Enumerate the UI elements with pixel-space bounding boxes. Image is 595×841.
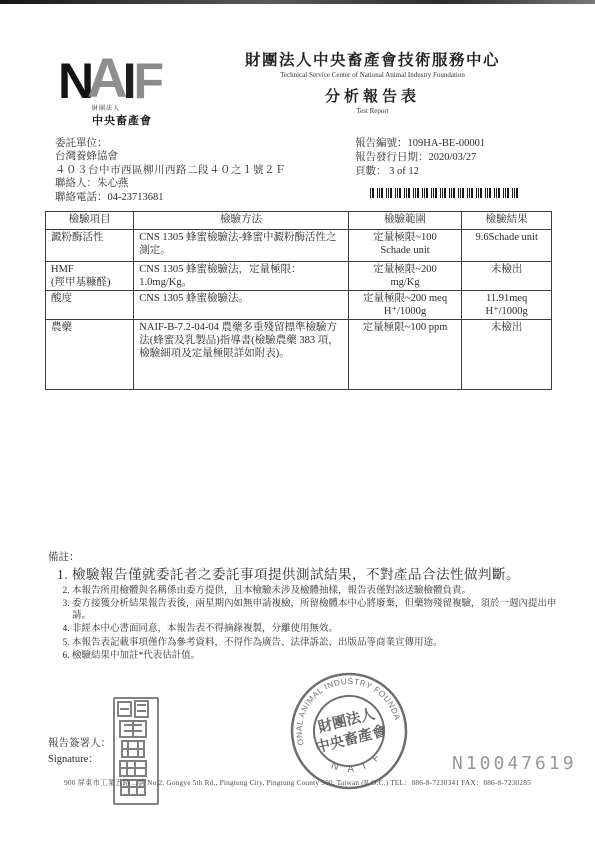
remark-item: 檢驗報告僅就委託者之委託事項提供測試結果，不對產品合法性做判斷。 xyxy=(72,566,558,583)
client-address: ４０３台中市西區柳川西路二段４０之１號２Ｆ xyxy=(55,164,286,177)
remark-item: 委方接獲分析結果報告表後，兩星期內如無申請複檢，所留檢體本中心將廢棄，但藥物殘留… xyxy=(72,599,558,623)
client-name: 台灣養蜂協會 xyxy=(55,150,286,163)
col-header-result: 檢驗結果 xyxy=(462,212,552,230)
cell-item: HMF (羥甲基糠醛) xyxy=(46,262,134,291)
cell-item: 酸度 xyxy=(46,291,134,320)
client-label: 委託單位： xyxy=(55,137,286,150)
svg-text:N A I F: N A I F xyxy=(327,748,387,781)
cell-method: CNS 1305 蜂蜜檢驗法。 xyxy=(134,291,348,320)
cell-item: 澱粉酶活性 xyxy=(46,230,134,262)
signer-labels: 報告簽署人： Signature： xyxy=(48,736,111,768)
report-number: 報告編號：109HA-BE-00001 xyxy=(355,137,485,151)
client-contact: 聯絡人：朱心燕 xyxy=(55,177,286,190)
cell-method: NAIF-B-7.2-04-04 農藥多重殘留標準檢驗方法(蜂蜜及乳製品)指導書… xyxy=(134,320,348,390)
cell-result: 11.91meq H⁺/1000g xyxy=(462,291,552,320)
col-header-method: 檢驗方法 xyxy=(134,212,348,230)
table-row: 酸度 CNS 1305 蜂蜜檢驗法。 定量極限~200 meq H⁺/1000g… xyxy=(46,291,552,320)
col-header-range: 檢驗範圍 xyxy=(348,212,462,230)
barcode xyxy=(370,188,520,198)
remark-item: 本報告所用檢體與名稱係由委方提供，且本檢驗未涉及檢體抽樣，報告表僅對該送驗檢體負… xyxy=(72,586,558,598)
table-header-row: 檢驗項目 檢驗方法 檢驗範圍 檢驗結果 xyxy=(46,212,552,230)
naif-logo: N A I F 財團法人 中央畜產會 xyxy=(58,56,168,128)
cell-item: 農藥 xyxy=(46,320,134,390)
naif-logo-letters: N A I F xyxy=(58,56,168,101)
cell-range: 定量極限~100 ppm xyxy=(348,320,462,390)
cell-result: 未檢出 xyxy=(462,262,552,291)
report-page: N A I F 財團法人 中央畜產會 財團法人中央畜產會技術服務中心 Techn… xyxy=(0,0,595,841)
col-header-item: 檢驗項目 xyxy=(46,212,134,230)
client-phone: 聯絡電話：04-23713681 xyxy=(55,191,286,204)
results-table: 檢驗項目 檢驗方法 檢驗範圍 檢驗結果 澱粉酶活性 CNS 1305 蜂蜜檢驗法… xyxy=(45,211,552,390)
client-info: 委託單位： 台灣養蜂協會 ４０３台中市西區柳川西路二段４０之１號２Ｆ 聯絡人：朱… xyxy=(55,137,286,204)
org-name-en: Technical Service Center of National Ani… xyxy=(185,71,560,79)
signer-label-en: Signature： xyxy=(48,752,111,768)
table-row: HMF (羥甲基糠醛) CNS 1305 蜂蜜檢驗法，定量極限：1.0mg/Kg… xyxy=(46,262,552,291)
signature-seal-stamp xyxy=(113,697,159,805)
report-pages: 頁數： 3 of 12 xyxy=(355,165,485,179)
remarks-section: 備註： 檢驗報告僅就委託者之委託事項提供測試結果，不對產品合法性做判斷。 本報告… xyxy=(48,549,558,664)
remark-item: 本報告表記載事項僅作為參考資料，不得作為廣告、法律訴訟、出版品等商業宣傳用途。 xyxy=(72,638,558,650)
stamp-ring-bottom-text: N A I F xyxy=(327,748,387,781)
remarks-list: 檢驗報告僅就委託者之委託事項提供測試結果，不對產品合法性做判斷。 本報告所用檢體… xyxy=(48,566,558,663)
cell-result: 9.6Schade unit xyxy=(462,230,552,262)
cell-range: 定量極限~200 mg/Kg xyxy=(348,262,462,291)
table-row: 澱粉酶活性 CNS 1305 蜂蜜檢驗法-蜂蜜中澱粉酶活性之測定。 定量極限~1… xyxy=(46,230,552,262)
cell-method: CNS 1305 蜂蜜檢驗法，定量極限：1.0mg/Kg。 xyxy=(134,262,348,291)
remarks-label: 備註： xyxy=(48,549,558,564)
report-header: 財團法人中央畜產會技術服務中心 Technical Service Center… xyxy=(185,48,560,115)
report-title-en: Test Report xyxy=(185,107,560,115)
serial-number: N10047619 xyxy=(452,753,577,774)
org-name-zh: 財團法人中央畜產會技術服務中心 xyxy=(185,48,560,70)
remark-item: 非經本中心書面同意，本報告表不得摘錄複製，分離使用無效。 xyxy=(72,624,558,636)
table-row: 農藥 NAIF-B-7.2-04-04 農藥多重殘留標準檢驗方法(蜂蜜及乳製品)… xyxy=(46,320,552,390)
signer-label-zh: 報告簽署人： xyxy=(48,736,111,752)
report-meta: 報告編號：109HA-BE-00001 報告發行日期：2020/03/27 頁數… xyxy=(355,137,485,178)
report-date: 報告發行日期：2020/03/27 xyxy=(355,151,485,165)
remark-item: 檢驗結果中加註*代表估計值。 xyxy=(72,651,558,663)
cell-method: CNS 1305 蜂蜜檢驗法-蜂蜜中澱粉酶活性之測定。 xyxy=(134,230,348,262)
cell-result: 未檢出 xyxy=(462,320,552,390)
cell-range: 定量極限~200 meq H⁺/1000g xyxy=(348,291,462,320)
footer-address: 900 屏東市工業五路二號 No.2, Gongye 5th Rd., Ping… xyxy=(0,778,595,788)
scan-artifact-line xyxy=(0,0,595,4)
cell-range: 定量極限~100 Schade unit xyxy=(348,230,462,262)
report-title-zh: 分析報告表 xyxy=(185,85,560,106)
